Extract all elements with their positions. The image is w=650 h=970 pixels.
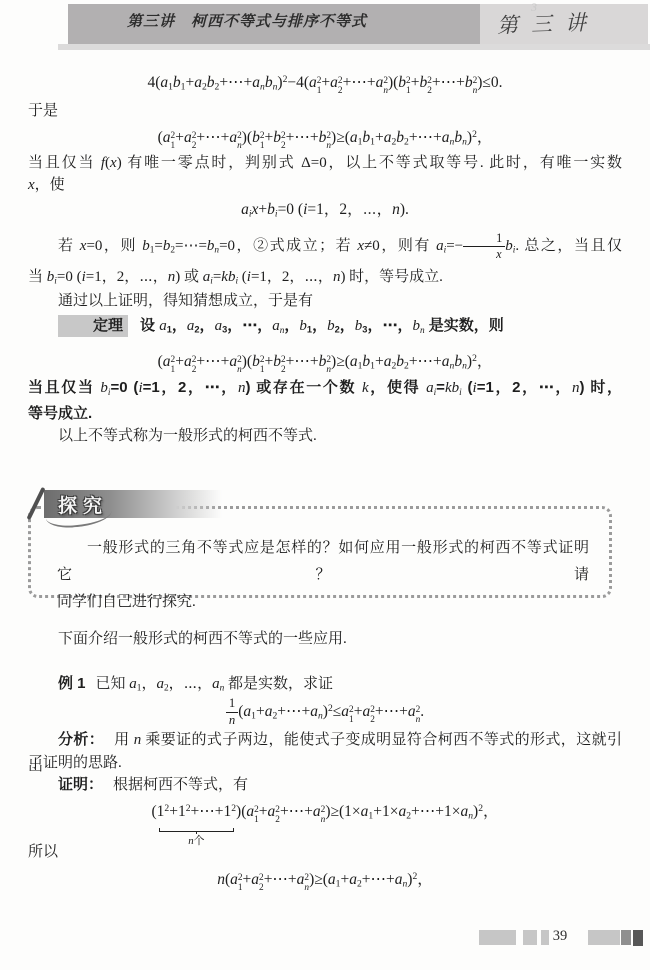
paragraph-conclusion: 通过以上证明，得知猜想成立，于是有: [28, 288, 622, 314]
footer-bar: [588, 930, 620, 945]
footer-bar: [479, 930, 516, 945]
proof-label: 证明：: [58, 776, 103, 793]
display-formula-3: aix+bi=0 (i=1，2，⋯，n).: [0, 196, 650, 229]
theorem-line: 定理设 a1，a2，a3，⋯，an，b1，b2，b3，⋯，bn 是实数，则: [28, 313, 622, 344]
analysis-label: 分析：: [58, 731, 104, 748]
footer-bar: [621, 930, 631, 945]
example-statement: 已知 a1，a2，⋯，an 都是实数，求证: [96, 676, 334, 692]
chapter-title: 第三讲 柯西不等式与排序不等式: [82, 10, 412, 31]
paragraph-unique-line2: x，使: [28, 172, 622, 198]
paragraph-inequality-name: 以上不等式称为一般形式的柯西不等式.: [28, 423, 622, 449]
header-band-shadow: [58, 44, 650, 50]
explore-box: 一般形式的三角不等式应是怎样的？如何应用一般形式的柯西不等式证明它？请 同学们自…: [28, 506, 612, 598]
footer-bar: [523, 930, 537, 945]
theorem-label: 定理: [58, 315, 128, 337]
paragraph-so: 所以: [28, 839, 622, 865]
corner-chapter-title: 第三讲: [497, 6, 600, 40]
display-formula-1: 4(a1b1+a2b2+⋯+anbn)2−4(a21+a22+⋯+a2n)(b2…: [0, 66, 650, 101]
footer-bar: [541, 930, 549, 945]
paragraph-cases-line1: 若 x=0，则 b1=b2=⋯=bn=0，②式成立；若 x≠0，则有 ai=−1…: [28, 230, 622, 267]
theorem-statement: 设 a1，a2，a3，⋯，an，b1，b2，b3，⋯，bn 是实数，则: [140, 317, 504, 334]
textbook-page: 第三讲 柯西不等式与排序不等式 3 第三讲 4(a1b1+a2b2+⋯+anbn…: [0, 0, 650, 970]
explore-text-line2: 同学们自己进行探究.: [57, 589, 589, 616]
proof-text: 根据柯西不等式，有: [113, 777, 248, 793]
page-number: 39: [550, 928, 570, 945]
example-label: 例 1: [58, 675, 86, 692]
explore-text-line1: 一般形式的三角不等式应是怎样的？如何应用一般形式的柯西不等式证明它？请: [57, 535, 589, 589]
display-formula-7: n(a21+a22+⋯+a2n)≥(a1+a2+⋯+an)2，: [0, 863, 650, 898]
footer-bar: [633, 930, 643, 946]
paragraph-applications-intro: 下面介绍一般形式的柯西不等式的一些应用.: [28, 626, 622, 652]
